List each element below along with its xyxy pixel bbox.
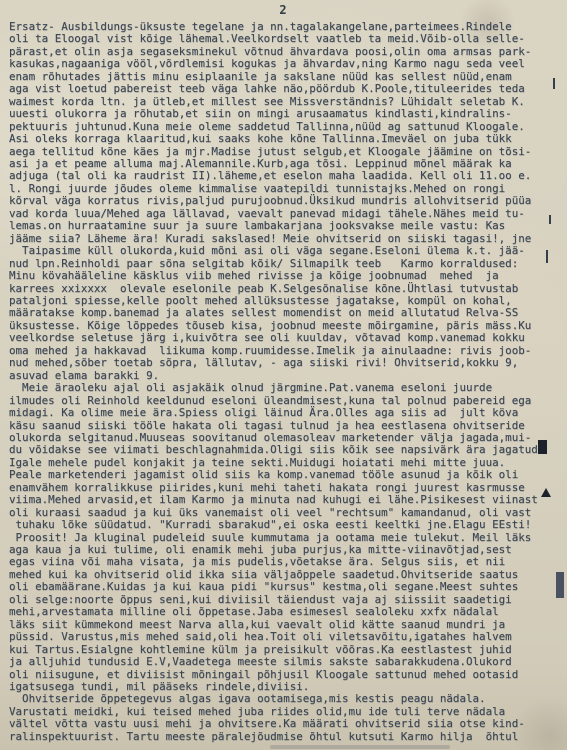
text-line: nud mehed,sõber toetab sõpra, lällutav, … — [9, 357, 561, 369]
text-line: püssid. Varustus,mis mehed said,oli hea.… — [9, 631, 561, 643]
text-line: mehi,arvestamata milline oli õppetase.Ja… — [9, 606, 561, 618]
text-line: Meie äraoleku ajal oli asjakäik olnud jä… — [9, 382, 561, 394]
margin-tick-3 — [546, 250, 548, 263]
text-line: Taipasime küll olukorda,kuid mõni asi ol… — [9, 245, 561, 257]
ink-arrow-mark — [541, 488, 551, 497]
text-line: oli ebamäärane.Kuidas ja kui kaua pidi "… — [9, 581, 561, 593]
text-line: midagi. Ka olime meie ära.Spiess oligi l… — [9, 407, 561, 419]
text-line: aga vist loetud pabereist teeb väga lahk… — [9, 83, 561, 95]
text-line: kasukas,nagaaniga vööl,võrdlemisi koguka… — [9, 58, 561, 70]
text-line: veelkordse seletuse järg i,kuivõtra see … — [9, 332, 561, 344]
text-line: ja alljuhid tundusid E.V,Vaadetega meest… — [9, 656, 561, 668]
text-line: kõrval väga korratus rivis,paljud purujo… — [9, 195, 561, 207]
right-edge-shadow — [556, 572, 564, 598]
text-line: uuesti olukorra ja rõhutab,et siin on mi… — [9, 108, 561, 120]
margin-tick-2 — [549, 215, 551, 224]
text-line: Peale marketenderi jagamist olid siis ka… — [9, 469, 561, 481]
text-body: Ersatz- Ausbildungs-üksuste tegelane ja … — [9, 21, 561, 743]
bottom-smudge — [270, 745, 450, 749]
text-line: ralinspektuurist. Tartu meeste päralejõu… — [9, 731, 561, 743]
margin-tick-1 — [553, 78, 555, 89]
text-line: lemas.on hurraatamine suur ja suure lamb… — [9, 220, 561, 232]
text-line: Asi oleks korraga klaaritud,kui saaks ko… — [9, 133, 561, 145]
page-number: 2 — [0, 3, 567, 17]
text-line: du võidakse see viimati beschlagnahmida.… — [9, 444, 561, 456]
text-line: viima.Mehed arvasid,et ilam Karmo ja min… — [9, 494, 561, 506]
text-line: määratakse komp.banemad ja alates selles… — [9, 307, 561, 319]
text-line: vältel võtta vastu uusi mehi ja ohvitser… — [9, 718, 561, 730]
ink-blot — [538, 440, 547, 454]
text-line: Minu kövahääleline käsklus viib mehed ri… — [9, 270, 561, 282]
text-line: tuhaku lõke süüdatud. "Kurradi sbarakud"… — [9, 519, 561, 531]
